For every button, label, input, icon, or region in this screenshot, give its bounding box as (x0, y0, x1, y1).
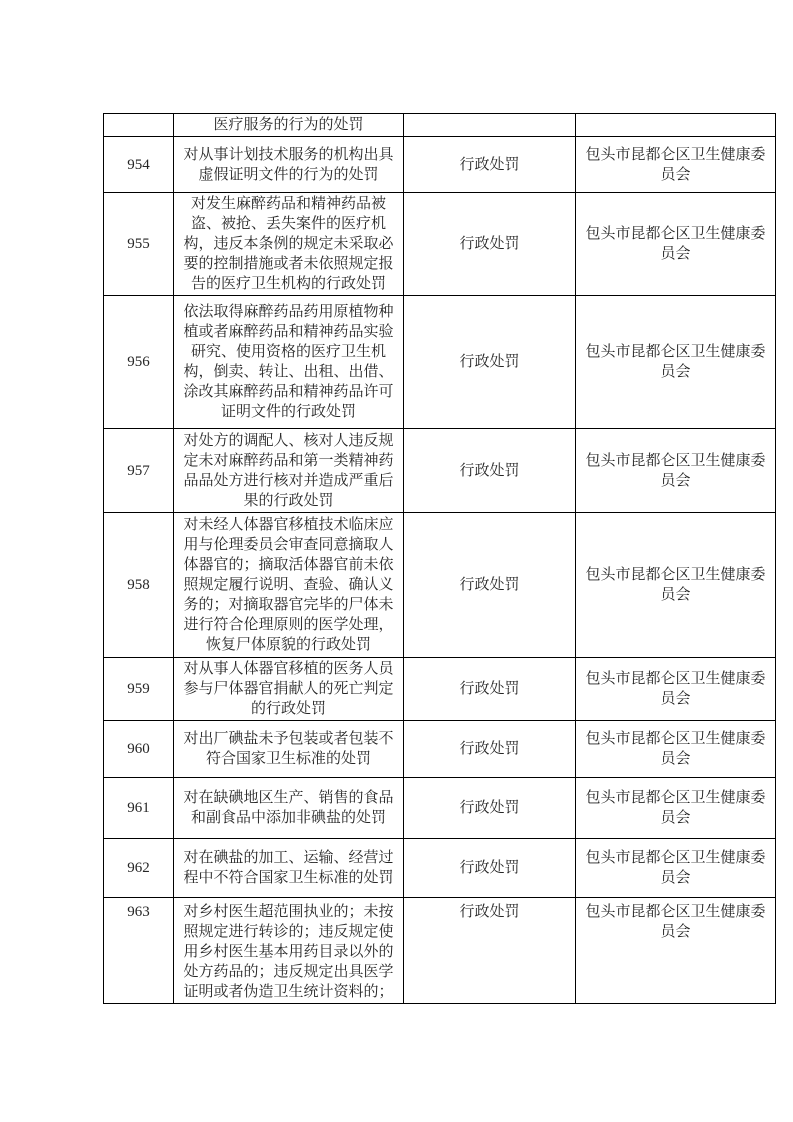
cell-row-number: 954 (104, 137, 174, 193)
table-row-carryover: 医疗服务的行为的处罚 (104, 114, 776, 137)
cell-penalty-item: 对从事人体器官移植的医务人员参与尸体器官捐献人的死亡判定的行政处罚 (174, 658, 404, 721)
table-row: 962 对在碘盐的加工、运输、经营过程中不符合国家卫生标准的处罚 行政处罚 包头… (104, 839, 776, 898)
penalty-items-table: 医疗服务的行为的处罚 954 对从事计划技术服务的机构出具虚假证明文件的行为的处… (103, 113, 776, 1004)
cell-penalty-type: 行政处罚 (404, 137, 576, 193)
cell-penalty-type: 行政处罚 (404, 778, 576, 839)
cell-authority: 包头市昆都仑区卫生健康委员会 (576, 898, 776, 1004)
cell-row-number: 956 (104, 296, 174, 429)
cell-penalty-item: 对在缺碘地区生产、销售的食品和副食品中添加非碘盐的处罚 (174, 778, 404, 839)
cell-penalty-item: 对在碘盐的加工、运输、经营过程中不符合国家卫生标准的处罚 (174, 839, 404, 898)
table-row: 959 对从事人体器官移植的医务人员参与尸体器官捐献人的死亡判定的行政处罚 行政… (104, 658, 776, 721)
cell-row-number: 957 (104, 429, 174, 513)
table-row: 961 对在缺碘地区生产、销售的食品和副食品中添加非碘盐的处罚 行政处罚 包头市… (104, 778, 776, 839)
table-row: 957 对处方的调配人、核对人违反规定未对麻醉药品和第一类精神药品品处方进行核对… (104, 429, 776, 513)
cell-penalty-type: 行政处罚 (404, 658, 576, 721)
cell-penalty-item: 对发生麻醉药品和精神药品被盗、被抢、丢失案件的医疗机构，违反本条例的规定未采取必… (174, 193, 404, 296)
cell-authority: 包头市昆都仑区卫生健康委员会 (576, 778, 776, 839)
cell-penalty-item: 对出厂碘盐未予包装或者包装不符合国家卫生标准的处罚 (174, 721, 404, 778)
cell-penalty-type: 行政处罚 (404, 296, 576, 429)
table-row: 958 对未经人体器官移植技术临床应用与伦理委员会审查同意摘取人体器官的；摘取活… (104, 513, 776, 658)
cell-row-number: 959 (104, 658, 174, 721)
document-page: 医疗服务的行为的处罚 954 对从事计划技术服务的机构出具虚假证明文件的行为的处… (0, 0, 793, 1122)
cell-penalty-type: 行政处罚 (404, 513, 576, 658)
cell-penalty-type: 行政处罚 (404, 721, 576, 778)
cell-authority: 包头市昆都仑区卫生健康委员会 (576, 721, 776, 778)
cell-authority: 包头市昆都仑区卫生健康委员会 (576, 137, 776, 193)
cell-penalty-item: 对乡村医生超范围执业的；未按照规定进行转诊的；违反规定使用乡村医生基本用药目录以… (174, 898, 404, 1004)
table-row: 956 依法取得麻醉药品药用原植物种植或者麻醉药品和精神药品实验研究、使用资格的… (104, 296, 776, 429)
cell-row-number: 963 (104, 898, 174, 1004)
table-row: 954 对从事计划技术服务的机构出具虚假证明文件的行为的处罚 行政处罚 包头市昆… (104, 137, 776, 193)
cell-authority (576, 114, 776, 137)
cell-row-number: 955 (104, 193, 174, 296)
cell-penalty-type (404, 114, 576, 137)
cell-penalty-item: 医疗服务的行为的处罚 (174, 114, 404, 137)
table-row: 960 对出厂碘盐未予包装或者包装不符合国家卫生标准的处罚 行政处罚 包头市昆都… (104, 721, 776, 778)
cell-penalty-item: 对处方的调配人、核对人违反规定未对麻醉药品和第一类精神药品品处方进行核对并造成严… (174, 429, 404, 513)
cell-row-number: 958 (104, 513, 174, 658)
cell-authority: 包头市昆都仑区卫生健康委员会 (576, 513, 776, 658)
cell-penalty-item: 依法取得麻醉药品药用原植物种植或者麻醉药品和精神药品实验研究、使用资格的医疗卫生… (174, 296, 404, 429)
cell-authority: 包头市昆都仑区卫生健康委员会 (576, 839, 776, 898)
cell-authority: 包头市昆都仑区卫生健康委员会 (576, 296, 776, 429)
cell-authority: 包头市昆都仑区卫生健康委员会 (576, 658, 776, 721)
cell-row-number: 961 (104, 778, 174, 839)
cell-penalty-type: 行政处罚 (404, 429, 576, 513)
cell-penalty-type: 行政处罚 (404, 839, 576, 898)
cell-row-number: 962 (104, 839, 174, 898)
cell-penalty-type: 行政处罚 (404, 193, 576, 296)
cell-row-number: 960 (104, 721, 174, 778)
cell-authority: 包头市昆都仑区卫生健康委员会 (576, 193, 776, 296)
cell-authority: 包头市昆都仑区卫生健康委员会 (576, 429, 776, 513)
cell-penalty-type: 行政处罚 (404, 898, 576, 1004)
cell-penalty-item: 对从事计划技术服务的机构出具虚假证明文件的行为的处罚 (174, 137, 404, 193)
cell-penalty-item: 对未经人体器官移植技术临床应用与伦理委员会审查同意摘取人体器官的；摘取活体器官前… (174, 513, 404, 658)
table-row: 963 对乡村医生超范围执业的；未按照规定进行转诊的；违反规定使用乡村医生基本用… (104, 898, 776, 1004)
table-row: 955 对发生麻醉药品和精神药品被盗、被抢、丢失案件的医疗机构，违反本条例的规定… (104, 193, 776, 296)
cell-row-number (104, 114, 174, 137)
